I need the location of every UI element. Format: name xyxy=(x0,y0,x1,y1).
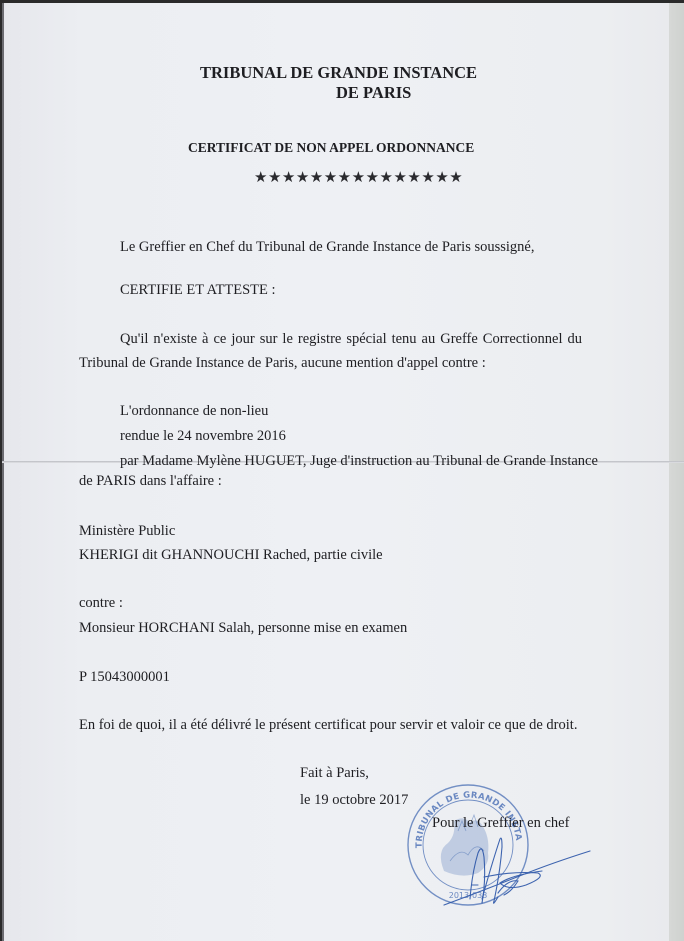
ordonnance-judge-line1: par Madame Mylène HUGUET, Juge d'instruc… xyxy=(120,454,598,469)
court-name-line2: DE PARIS xyxy=(336,85,411,102)
statement-line2: Tribunal de Grande Instance de Paris, au… xyxy=(79,356,486,371)
party-plaintiff-1: Ministère Public xyxy=(79,524,175,539)
document-page: TRIBUNAL DE GRANDE INSTANCE DE PARIS CER… xyxy=(2,3,684,941)
signoff-date: le 19 octobre 2017 xyxy=(300,793,408,808)
statement-line1: Qu'il n'existe à ce jour sur le registre… xyxy=(120,332,582,347)
ordonnance-judge-line2: de PARIS dans l'affaire : xyxy=(79,474,222,489)
court-name-line1: TRIBUNAL DE GRANDE INSTANCE xyxy=(200,65,477,82)
case-reference: P 15043000001 xyxy=(79,670,170,685)
signatory-label: Pour le Greffier en chef xyxy=(432,816,569,831)
versus-label: contre : xyxy=(79,596,123,611)
ordonnance-date: rendue le 24 novembre 2016 xyxy=(120,429,286,444)
certifies-heading: CERTIFIE ET ATTESTE : xyxy=(120,283,276,298)
handwritten-signature-icon xyxy=(442,833,592,913)
title-separator-stars: ★★★★★★★★★★★★★★★ xyxy=(254,171,463,186)
ordonnance-type: L'ordonnance de non-lieu xyxy=(120,404,268,419)
party-defendant: Monsieur HORCHANI Salah, personne mise e… xyxy=(79,621,407,636)
scan-right-strip xyxy=(669,3,684,941)
conclusion-paragraph: En foi de quoi, il a été délivré le prés… xyxy=(79,718,577,733)
party-plaintiff-2: KHERIGI dit GHANNOUCHI Rached, partie ci… xyxy=(79,548,383,563)
document-title: CERTIFICAT DE NON APPEL ORDONNANCE xyxy=(188,141,474,155)
signoff-place: Fait à Paris, xyxy=(300,766,369,781)
scan-left-edge xyxy=(2,3,4,941)
intro-paragraph: Le Greffier en Chef du Tribunal de Grand… xyxy=(120,240,535,255)
